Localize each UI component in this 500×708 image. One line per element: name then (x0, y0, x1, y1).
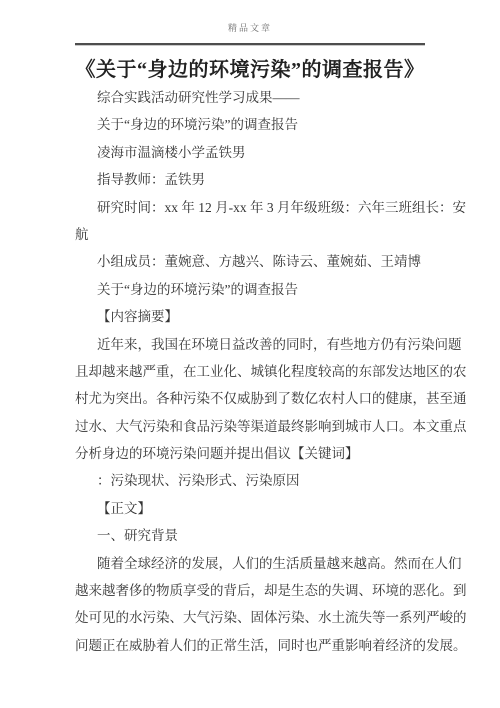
text-line: 指导教师：孟铁男 (75, 166, 425, 193)
text-line: 关于“身边的环境污染”的调查报告 (75, 276, 425, 303)
text-line: 关于“身边的环境污染”的调查报告 (75, 111, 425, 138)
text-line: 航 (75, 221, 425, 248)
text-line: 过水、大气污染和食品污染等渠道最终影响到城市人口。本文重点 (75, 413, 425, 440)
text-line: 分析身边的环境污染问题并提出倡议【关键词】 (75, 440, 425, 467)
text-line: 处可见的水污染、大气污染、固体污染、水土流失等一系列严峻的 (75, 604, 425, 631)
text-line: 小组成员：董婉意、方越兴、陈诗云、董婉茹、王靖博 (75, 248, 425, 275)
text-line: 【正文】 (75, 495, 425, 522)
text-line: 村尤为突出。各种污染不仅威胁到了数亿农村人口的健康，甚至通 (75, 385, 425, 412)
text-line: 越来越奢侈的物质享受的背后，却是生态的失调、环境的恶化。到 (75, 577, 425, 604)
text-line: 综合实践活动研究性学习成果—— (75, 84, 425, 111)
text-line: 且却越来越严重，在工业化、城镇化程度较高的东部发达地区的农 (75, 358, 425, 385)
text-line: 随着全球经济的发展，人们的生活质量越来越高。然而在人们 (75, 550, 425, 577)
text-line: ：污染现状、污染形式、污染原因 (75, 467, 425, 494)
document-page: 精品文章 《关于“身边的环境污染”的调查报告》 综合实践活动研究性学习成果——关… (0, 0, 500, 708)
document-body: 综合实践活动研究性学习成果——关于“身边的环境污染”的调查报告凌海市温滴楼小学孟… (75, 84, 425, 659)
text-line: 近年来，我国在环境日益改善的同时，有些地方仍有污染问题 (75, 331, 425, 358)
text-line: 研究时间：xx 年 12 月-xx 年 3 月年级班级：六年三班组长：安 (75, 194, 425, 221)
watermark-text: 精品文章 (0, 0, 500, 34)
text-line: 【内容摘要】 (75, 303, 425, 330)
header-rule (75, 43, 425, 45)
document-title: 《关于“身边的环境污染”的调查报告》 (0, 56, 500, 84)
text-line: 一、研究背景 (75, 522, 425, 549)
text-line: 凌海市温滴楼小学孟铁男 (75, 139, 425, 166)
text-line: 问题正在威胁着人们的正常生活，同时也严重影响着经济的发展。 (75, 632, 425, 659)
